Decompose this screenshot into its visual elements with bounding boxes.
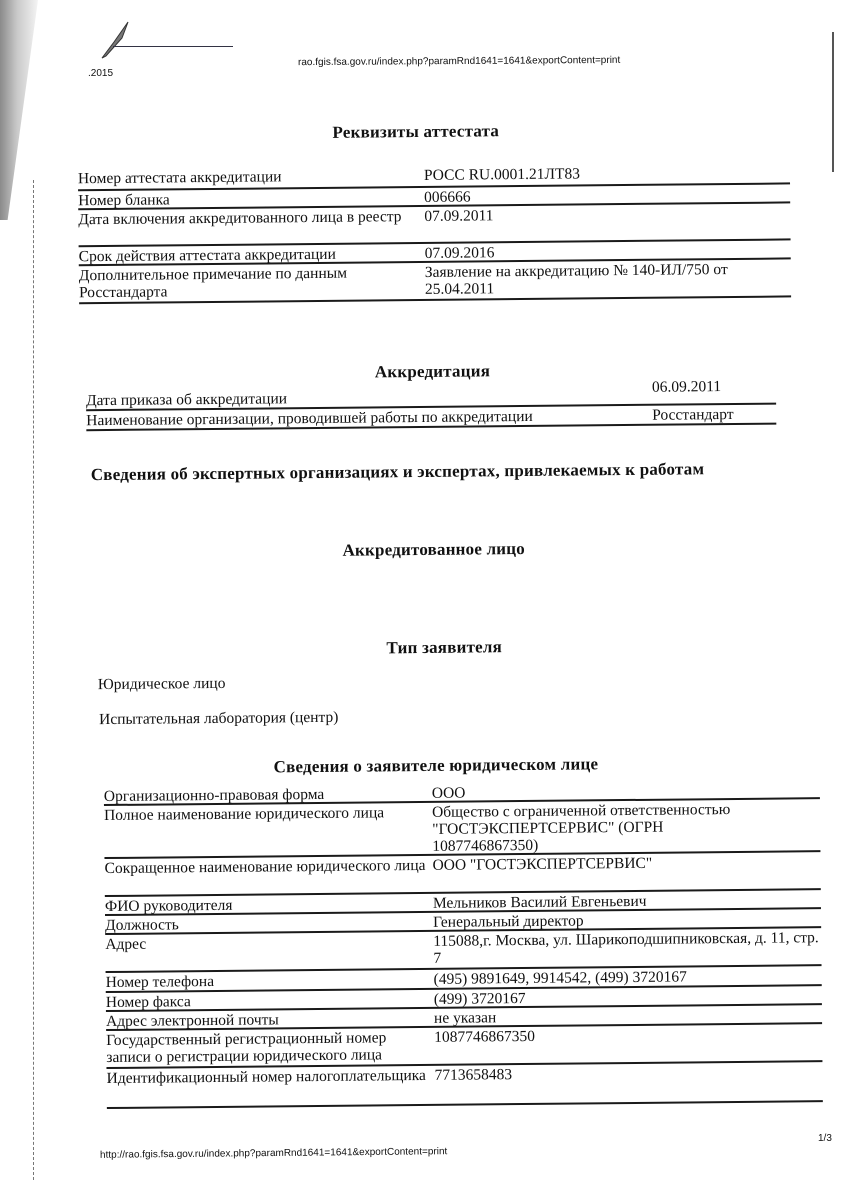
applicant-type-item: Испытательная лаборатория (центр) — [99, 709, 338, 729]
row-value: 115088,г. Москва, ул. Шарикоподшипниковс… — [433, 928, 821, 968]
row-label: Адрес электронной почты — [106, 1009, 434, 1029]
row-value: Заявление на аккредитацию № 140-ИЛ/750 о… — [425, 259, 791, 299]
row-value: 1087746867350 — [434, 1024, 822, 1064]
table-row: Дополнительное примечание по данным Росс… — [79, 259, 791, 304]
accredited-person-title: Аккредитованное лицо — [342, 539, 525, 561]
row-value: Мельников Василий Евгеньевич — [433, 890, 821, 911]
row-value: 7713658483 — [434, 1062, 822, 1104]
row-label: Срок действия аттестата аккредитации — [79, 244, 425, 264]
row-value: 006666 — [424, 184, 790, 205]
row-label: Номер факса — [106, 990, 434, 1010]
table-row: Идентификационный номер налогоплательщик… — [106, 1062, 822, 1109]
table-row: Полное наименование юридического лица Об… — [104, 799, 820, 859]
row-label: Полное наименование юридического лица — [104, 803, 432, 857]
page-number: 1/3 — [818, 1133, 832, 1144]
accreditation-title: Аккредитация — [375, 361, 490, 382]
row-label: Государственный регистрационный номер за… — [106, 1028, 434, 1067]
row-value: (495) 9891649, 9914542, (499) 3720167 — [434, 966, 822, 988]
row-value: Росстандарт — [652, 405, 776, 424]
legal-entity-table: Организационно-правовая форма ООО Полное… — [104, 780, 823, 1109]
row-value: 07.09.2011 — [424, 203, 790, 242]
document-body: Реквизиты аттестата Номер аттестата аккр… — [0, 0, 849, 1200]
row-label: Адрес — [105, 932, 433, 971]
row-label: ФИО руководителя — [105, 894, 433, 914]
row-label: Сокращенное наименование юридического ли… — [104, 856, 432, 895]
row-label: Идентификационный номер налогоплательщик… — [106, 1066, 434, 1107]
legal-entity-title: Сведения о заявителе юридическом лице — [274, 754, 599, 777]
row-label: Организационно-правовая форма — [104, 784, 432, 804]
row-value: 06.09.2011 — [652, 377, 776, 396]
row-value: 07.09.2016 — [425, 240, 791, 261]
row-value: Генеральный директор — [433, 909, 821, 930]
row-label: Дополнительное примечание по данным Росс… — [79, 263, 425, 302]
certificate-title: Реквизиты аттестата — [332, 121, 499, 143]
row-value: ООО — [432, 780, 820, 801]
applicant-type-title: Тип заявителя — [386, 637, 502, 658]
experts-title: Сведения об экспертных организациях и эк… — [91, 459, 705, 485]
row-value: не указан — [434, 1005, 822, 1026]
row-label: Номер аттестата аккредитации — [78, 166, 424, 189]
row-label: Должность — [105, 913, 433, 933]
row-value: (499) 3720167 — [434, 986, 822, 1007]
accreditation-table: Дата приказа об аккредитации 06.09.2011 … — [86, 381, 776, 432]
applicant-type-item: Юридическое лицо — [98, 675, 226, 694]
row-label: Номер бланка — [78, 188, 424, 208]
row-value: ООО "ГОСТЭКСПЕРТСЕРВИС" — [432, 852, 820, 892]
row-label: Номер телефона — [106, 970, 434, 991]
row-value: РОСС RU.0001.21ЛТ83 — [424, 162, 790, 186]
row-value: Общество с ограниченной ответственностью… — [432, 799, 820, 854]
certificate-table: Номер аттестата аккредитации РОСС RU.000… — [78, 162, 791, 304]
row-label: Дата включения аккредитованного лица в р… — [78, 207, 424, 245]
